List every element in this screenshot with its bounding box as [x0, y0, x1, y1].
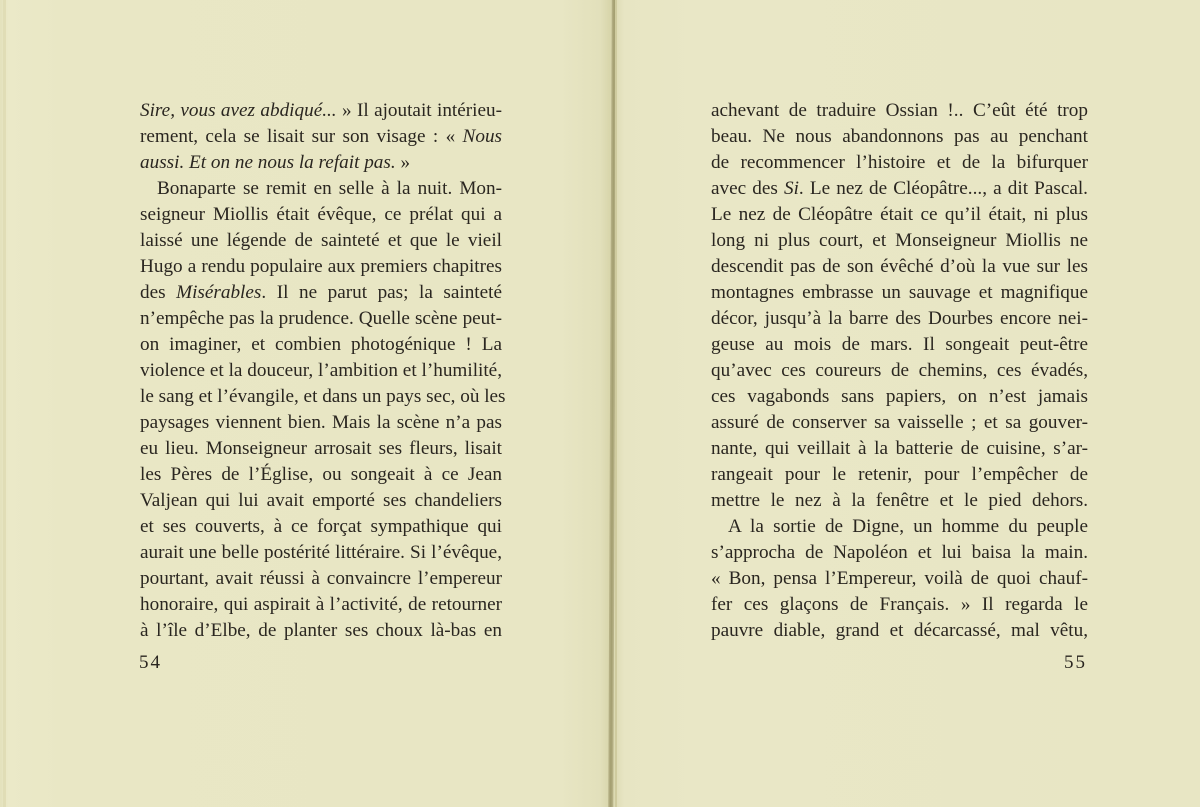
text-line: à l’île d’Elbe, de planter ses choux là-… [140, 618, 502, 644]
text-line: fer ces glaçons de Français. » Il regard… [711, 592, 1088, 618]
text-line: les Pères de l’Église, ou songeait à ce … [140, 462, 502, 488]
text-segment: long ni plus court, et Monseigneur Mioll… [711, 230, 1088, 251]
text-segment: rangeait pour le retenir, pour l’empêche… [711, 464, 1088, 485]
text-line: laissé une légende de sainteté et que le… [140, 228, 502, 254]
text-line: « Bon, pensa l’Empereur, voilà de quoi c… [711, 566, 1088, 592]
text-line: mettre le nez à la fenêtre et le pied de… [711, 488, 1088, 514]
text-segment: de recommencer l’histoire et de la bifur… [711, 152, 1088, 173]
text-line: n’empêche pas la prudence. Quelle scène … [140, 306, 502, 332]
text-segment: mettre le nez à la fenêtre et le pied de… [711, 490, 1088, 511]
text-line: rangeait pour le retenir, pour l’empêche… [711, 462, 1088, 488]
text-line: assuré de conserver sa vaisselle ; et sa… [711, 410, 1088, 436]
text-line: paysages viennent bien. Mais la scène n’… [140, 410, 502, 436]
text-line: beau. Ne nous abandonnons pas au penchan… [711, 124, 1088, 150]
text-segment: geuse au mois de mars. Il songeait peut-… [711, 334, 1088, 355]
text-line: Valjean qui lui avait emporté ses chande… [140, 488, 502, 514]
italic-text: Misérables [176, 282, 261, 303]
text-line: Sire, vous avez abdiqué... » Il ajoutait… [140, 98, 502, 124]
italic-text: Sire, vous avez abdiqué... [140, 100, 337, 121]
text-line: et ses couverts, à ce forçat sympathique… [140, 514, 502, 540]
text-line: s’approcha de Napoléon et lui baisa la m… [711, 540, 1088, 566]
text-segment: des [140, 282, 176, 303]
text-segment: Le nez de Cléopâtre était ce qu’il était… [711, 204, 1088, 225]
text-segment: . Il ne parut pas; la sainteté [261, 282, 502, 303]
text-segment: s’approcha de Napoléon et lui baisa la m… [711, 542, 1088, 563]
text-segment: qu’avec ces coureurs de chemins, ces éva… [711, 360, 1088, 381]
text-segment: à l’île d’Elbe, de planter ses choux là-… [140, 620, 502, 641]
page-edge [3, 0, 6, 807]
text-segment: « Bon, pensa l’Empereur, voilà de quoi c… [711, 568, 1088, 589]
text-line: violence et la douceur, l’ambition et l’… [140, 358, 502, 384]
text-line: pourtant, avait réussi à convaincre l’em… [140, 566, 502, 592]
text-line: avec des Si. Le nez de Cléopâtre..., a d… [711, 176, 1088, 202]
text-segment: A la sortie de Digne, un homme du peuple [728, 516, 1088, 537]
text-segment: n’empêche pas la prudence. Quelle scène … [140, 308, 502, 329]
text-line: le sang et l’évangile, et dans un pays s… [140, 384, 502, 410]
text-segment: . Le nez de Cléopâtre..., a dit Pascal. [799, 178, 1088, 199]
text-segment: descendit pas de son évêché d’où la vue … [711, 256, 1088, 277]
text-segment: rement, cela se lisait sur son visage : … [140, 126, 463, 147]
text-segment: » Il ajoutait intérieu- [337, 100, 502, 121]
text-line: descendit pas de son évêché d’où la vue … [711, 254, 1088, 280]
text-segment: Valjean qui lui avait emporté ses chande… [140, 490, 502, 511]
gutter-shadow [615, 0, 617, 807]
text-segment: pourtant, avait réussi à convaincre l’em… [140, 568, 502, 589]
italic-text: aussi. Et on ne nous la refait pas. [140, 152, 396, 173]
text-segment: achevant de traduire Ossian !.. C’eût ét… [711, 100, 1088, 121]
text-line: aussi. Et on ne nous la refait pas. » [140, 150, 502, 176]
text-segment: seigneur Miollis était évêque, ce prélat… [140, 204, 502, 225]
text-segment: beau. Ne nous abandonnons pas au penchan… [711, 126, 1088, 147]
text-segment: avec des [711, 178, 784, 199]
text-segment: pauvre diable, grand et décarcassé, mal … [711, 620, 1088, 641]
text-segment: honoraire, qui aspirait à l’activité, de… [140, 594, 502, 615]
text-line: A la sortie de Digne, un homme du peuple [711, 514, 1088, 540]
book-spread: Sire, vous avez abdiqué... » Il ajoutait… [0, 0, 1200, 807]
text-line: nante, qui veillait à la batterie de cui… [711, 436, 1088, 462]
text-line: Hugo a rendu populaire aux premiers chap… [140, 254, 502, 280]
text-segment: on imaginer, et combien photogénique ! L… [140, 334, 502, 355]
text-segment: nante, qui veillait à la batterie de cui… [711, 438, 1088, 459]
text-line: seigneur Miollis était évêque, ce prélat… [140, 202, 502, 228]
text-line: eu lieu. Monseigneur arrosait ses fleurs… [140, 436, 502, 462]
text-line: aurait une belle postérité littéraire. S… [140, 540, 502, 566]
text-line: honoraire, qui aspirait à l’activité, de… [140, 592, 502, 618]
text-line: des Misérables. Il ne parut pas; la sain… [140, 280, 502, 306]
text-segment: paysages viennent bien. Mais la scène n’… [140, 412, 502, 433]
text-line: rement, cela se lisait sur son visage : … [140, 124, 502, 150]
italic-text: Si [784, 178, 799, 199]
text-segment: eu lieu. Monseigneur arrosait ses fleurs… [140, 438, 502, 459]
text-line: ces vagabonds sans papiers, on n’est jam… [711, 384, 1088, 410]
text-line: on imaginer, et combien photogénique ! L… [140, 332, 502, 358]
text-line: pauvre diable, grand et décarcassé, mal … [711, 618, 1088, 644]
text-segment: le sang et l’évangile, et dans un pays s… [140, 386, 506, 407]
text-segment: Hugo a rendu populaire aux premiers chap… [140, 256, 502, 277]
text-line: qu’avec ces coureurs de chemins, ces éva… [711, 358, 1088, 384]
right-page-text: achevant de traduire Ossian !.. C’eût ét… [711, 98, 1088, 644]
text-segment: fer ces glaçons de Français. » Il regard… [711, 594, 1088, 615]
text-line: montagnes embrasse un sauvage et magnifi… [711, 280, 1088, 306]
text-line: décor, jusqu’à la barre des Dourbes enco… [711, 306, 1088, 332]
text-segment: et ses couverts, à ce forçat sympathique… [140, 516, 502, 537]
text-segment: » [396, 152, 410, 173]
page-number-right: 55 [1064, 652, 1087, 674]
text-line: long ni plus court, et Monseigneur Mioll… [711, 228, 1088, 254]
text-segment: les Pères de l’Église, ou songeait à ce … [140, 464, 502, 485]
text-segment: Bonaparte se remit en selle à la nuit. M… [157, 178, 502, 199]
text-line: Bonaparte se remit en selle à la nuit. M… [140, 176, 502, 202]
text-line: Le nez de Cléopâtre était ce qu’il était… [711, 202, 1088, 228]
text-segment: montagnes embrasse un sauvage et magnifi… [711, 282, 1088, 303]
text-segment: assuré de conserver sa vaisselle ; et sa… [711, 412, 1088, 433]
text-segment: aurait une belle postérité littéraire. S… [140, 542, 502, 563]
text-segment: ces vagabonds sans papiers, on n’est jam… [711, 386, 1088, 407]
text-line: geuse au mois de mars. Il songeait peut-… [711, 332, 1088, 358]
page-number-left: 54 [139, 652, 162, 674]
text-segment: violence et la douceur, l’ambition et l’… [140, 360, 502, 381]
text-segment: décor, jusqu’à la barre des Dourbes enco… [711, 308, 1088, 329]
left-page-text: Sire, vous avez abdiqué... » Il ajoutait… [140, 98, 502, 644]
italic-text: Nous [463, 126, 502, 147]
text-line: achevant de traduire Ossian !.. C’eût ét… [711, 98, 1088, 124]
text-line: de recommencer l’histoire et de la bifur… [711, 150, 1088, 176]
text-segment: laissé une légende de sainteté et que le… [140, 230, 502, 251]
